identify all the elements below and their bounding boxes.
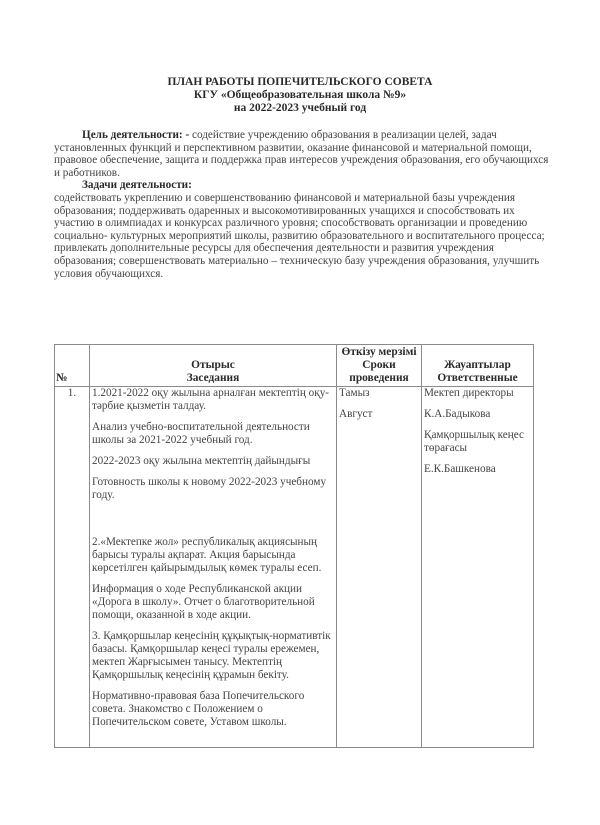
intro-section: Цель деятельности: - содействие учрежден… — [54, 129, 554, 280]
session-item: Готовность школы к новому 2022-2023 учеб… — [92, 476, 334, 502]
table-header-row: № Отырыс Заседания Өткізу мерзімі Сроки … — [55, 345, 534, 387]
header-num: № — [55, 345, 90, 387]
session-item: 2.«Мектепке жол» республикалық акциясыны… — [92, 536, 334, 575]
document-title: ПЛАН РАБОТЫ ПОПЕЧИТЕЛЬСКОГО СОВЕТА КГУ «… — [0, 76, 600, 115]
header-resp-kz: Жауаптылар — [424, 359, 531, 372]
plan-table: № Отырыс Заседания Өткізу мерзімі Сроки … — [54, 344, 534, 748]
table-row: 1. 1.2021-2022 оқу жылына арналған мекте… — [55, 387, 534, 748]
row-dates-cell: Тамыз Август — [337, 387, 422, 748]
title-line-1: ПЛАН РАБОТЫ ПОПЕЧИТЕЛЬСКОГО СОВЕТА — [0, 76, 600, 89]
tasks-text: содействовать укреплению и совершенствов… — [54, 192, 554, 280]
row-responsible-cell: Мектеп директоры К.А.Бадыкова Қамқоршылы… — [422, 387, 534, 748]
header-dates: Өткізу мерзімі Сроки проведения — [337, 345, 422, 387]
tasks-label: Задачи деятельности: — [82, 179, 192, 191]
goal-paragraph: Цель деятельности: - содействие учрежден… — [54, 129, 554, 179]
header-dates-kz: Өткізу мерзімі — [339, 346, 419, 359]
header-responsible: Жауаптылар Ответственные — [422, 345, 534, 387]
tasks-heading: Задачи деятельности: — [54, 179, 554, 192]
row-number: 1. — [55, 387, 90, 748]
row-session-cell: 1.2021-2022 оқу жылына арналған мектепті… — [90, 387, 337, 748]
session-item: 2022-2023 оқу жылына мектептің дайындығы — [92, 455, 334, 468]
responsible-item: Мектеп директоры — [424, 387, 531, 400]
session-item: Нормативно-правовая база Попечительского… — [92, 690, 334, 729]
session-item: 3. Қамқоршылар кеңесінің құқықтық-нормат… — [92, 630, 334, 682]
responsible-item: Е.К.Башкенова — [424, 463, 531, 476]
date-ru: Август — [339, 408, 419, 421]
goal-label: Цель деятельности: - — [82, 129, 189, 141]
header-dates-ru1: Сроки — [339, 359, 419, 372]
session-item: 1.2021-2022 оқу жылына арналған мектепті… — [92, 387, 334, 413]
session-item: Информация о ходе Республиканской акции … — [92, 583, 334, 622]
title-line-3: на 2022-2023 учебный год — [0, 102, 600, 115]
header-session-kz: Отырыс — [92, 359, 334, 372]
responsible-item: Қамқоршылық кеңес төрағасы — [424, 429, 531, 455]
header-session: Отырыс Заседания — [90, 345, 337, 387]
session-item: Анализ учебно-воспитательной деятельност… — [92, 421, 334, 447]
date-kz: Тамыз — [339, 387, 419, 400]
header-dates-ru2: проведения — [339, 372, 419, 385]
responsible-item: К.А.Бадыкова — [424, 408, 531, 421]
title-line-2: КГУ «Общеобразовательная школа №9» — [0, 89, 600, 102]
header-session-ru: Заседания — [92, 372, 334, 385]
header-resp-ru: Ответственные — [424, 372, 531, 385]
